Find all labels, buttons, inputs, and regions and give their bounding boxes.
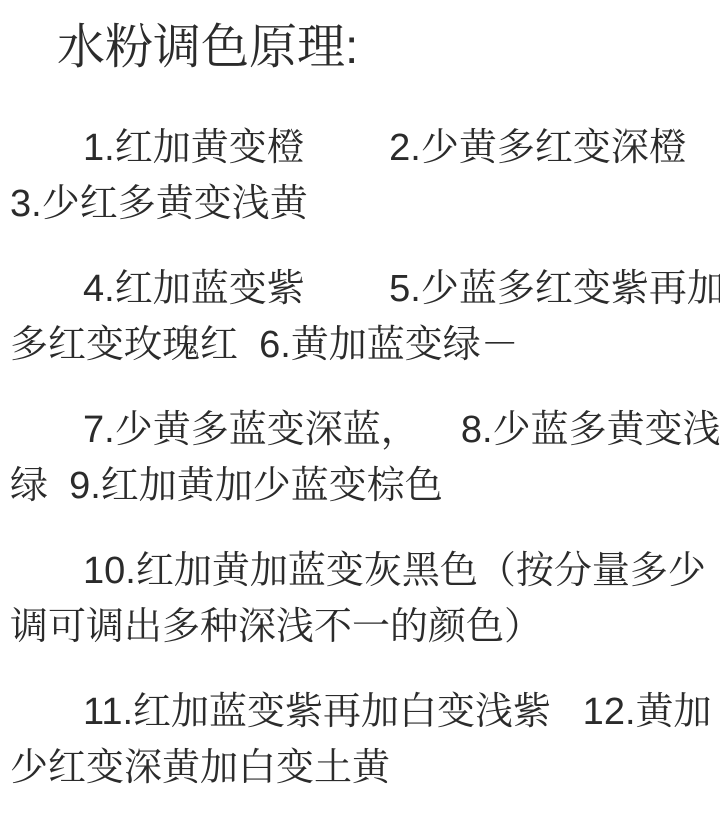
text-line-item-10: 10.红加黄加蓝变灰黑色（按分量多少	[10, 543, 720, 599]
text-line-item-3: 3.少红多黄变浅黄	[10, 176, 720, 232]
document-page: 水粉调色原理: 1.红加黄变橙 2.少黄多红变深橙 3.少红多黄变浅黄 4.红加…	[0, 0, 720, 824]
text-line-item-7-8: 7.少黄多蓝变深蓝， 8.少蓝多黄变浅	[10, 402, 720, 458]
text-line-item-12-cont: 少红变深黄加白变土黄	[10, 740, 720, 796]
text-line-item-9: 绿 9.红加黄加少蓝变棕色	[10, 458, 720, 514]
paragraph-4: 10.红加黄加蓝变灰黑色（按分量多少 调可调出多种深浅不一的颜色）	[10, 543, 720, 655]
page-title: 水粉调色原理:	[57, 19, 720, 77]
paragraph-2: 4.红加蓝变紫 5.少蓝多红变紫再加 多红变玫瑰红 6.黄加蓝变绿－	[10, 261, 720, 373]
text-line-item-10-cont: 调可调出多种深浅不一的颜色）	[10, 599, 720, 655]
text-line-item-1-2: 1.红加黄变橙 2.少黄多红变深橙	[10, 120, 720, 176]
text-line-item-6: 多红变玫瑰红 6.黄加蓝变绿－	[10, 317, 720, 373]
paragraph-1: 1.红加黄变橙 2.少黄多红变深橙 3.少红多黄变浅黄	[10, 120, 720, 232]
paragraph-5: 11.红加蓝变紫再加白变浅紫 12.黄加 少红变深黄加白变土黄	[10, 684, 720, 796]
paragraph-3: 7.少黄多蓝变深蓝， 8.少蓝多黄变浅 绿 9.红加黄加少蓝变棕色	[10, 402, 720, 514]
text-line-item-11-12: 11.红加蓝变紫再加白变浅紫 12.黄加	[10, 684, 720, 740]
text-line-item-4-5: 4.红加蓝变紫 5.少蓝多红变紫再加	[10, 261, 720, 317]
